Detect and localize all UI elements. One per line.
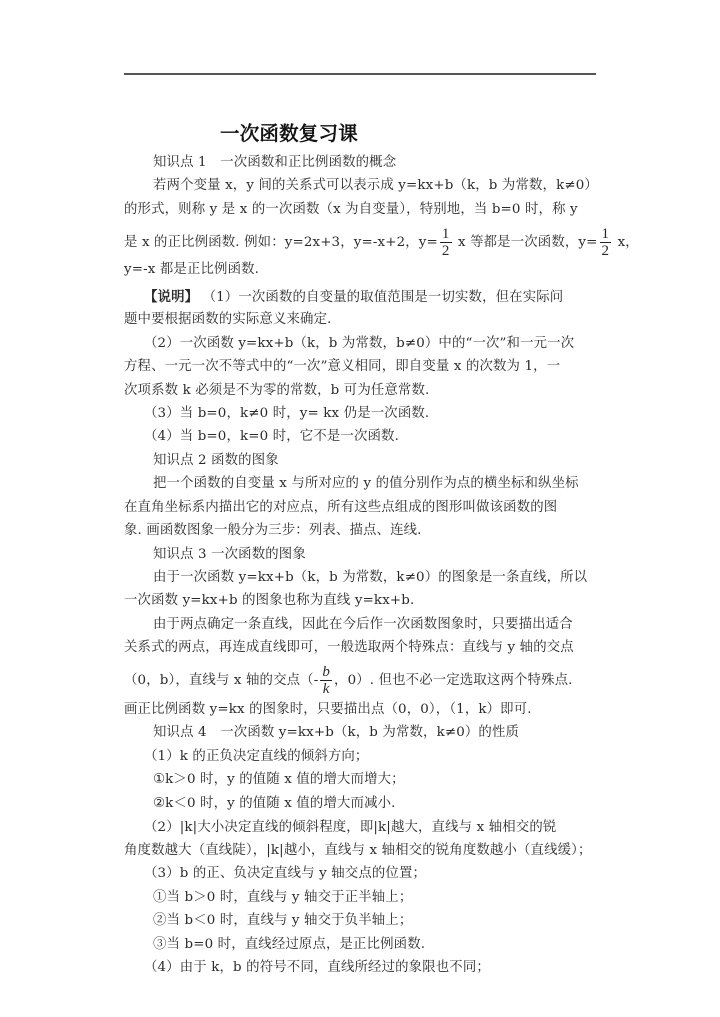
paragraph-line: （1）k 的正负决定直线的倾斜方向； — [144, 748, 596, 766]
list-item: ②当 b＜0 时，直线与 y 轴交于负半轴上； — [153, 912, 596, 930]
paragraph-line: （3）b 的正、负决定直线与 y 轴交点的位置； — [144, 865, 596, 883]
note-label: 【说明】 — [144, 289, 198, 305]
paragraph-line: （2）|k|大小决定直线的倾斜程度，即|k|越大，直线与 x 轴相交的锐 — [144, 819, 596, 837]
fraction-b-over-k: bk — [320, 664, 332, 697]
fraction-denominator: k — [320, 681, 332, 697]
paragraph-line-with-fraction: （0，b），直线与 x 轴的交点（-bk，0）. 但也不必一定选取这两个特殊点. — [124, 664, 596, 697]
paragraph-line: 一次函数 y=kx+b 的图象也称为直线 y=kx+b. — [124, 592, 596, 610]
fraction-numerator: 1 — [600, 226, 612, 243]
list-item: ②k＜0 时，y 的值随 x 值的增大而减小. — [153, 795, 596, 813]
paragraph-line: 的形式，则称 y 是 x 的一次函数（x 为自变量），特别地，当 b=0 时，称… — [124, 201, 596, 219]
note-line: 【说明】 （1）一次函数的自变量的取值范围是一切实数，但在实际问 — [144, 288, 596, 307]
paragraph-line: 把一个函数的自变量 x 与所对应的 y 的值分别作为点的横坐标和纵坐标 — [153, 475, 596, 493]
text-segment: 是 x 的正比例函数. 例如：y=2x+3，y=-x+2，y= — [124, 235, 438, 250]
section-heading-2: 知识点 2 函数的图象 — [153, 452, 596, 470]
fraction-one-half: 12 — [600, 226, 612, 259]
text-segment: （1）一次函数的自变量的取值范围是一切实数，但在实际问 — [203, 290, 564, 305]
fraction-denominator: 2 — [440, 243, 452, 259]
paragraph-line: 关系式的两点，再连成直线即可，一般选取两个特殊点：直线与 y 轴的交点 — [124, 639, 596, 657]
list-item: ③当 b=0 时，直线经过原点，是正比例函数. — [153, 936, 596, 954]
paragraph-line: 方程、一元一次不等式中的“一次”意义相同，即自变量 x 的次数为 1，一 — [124, 358, 596, 376]
fraction-one-half: 12 — [440, 226, 452, 259]
list-item: ①当 b＞0 时，直线与 y 轴交于正半轴上； — [153, 889, 596, 907]
paragraph-line: 题中要根据函数的实际意义来确定. — [124, 311, 596, 329]
text-segment: x， — [613, 235, 639, 250]
fraction-numerator: b — [320, 664, 332, 681]
paragraph-line: 次项系数 k 必须是不为零的常数，b 可为任意常数. — [124, 382, 596, 400]
header-rule — [124, 73, 596, 75]
paragraph-line: 由于一次函数 y=kx+b（k，b 为常数，k≠0）的图象是一条直线，所以 — [153, 569, 596, 587]
text-segment: （0，b），直线与 x 轴的交点（- — [124, 673, 318, 688]
paragraph-line: 在直角坐标系内描出它的对应点，所有这些点组成的图形叫做该函数的图 — [124, 499, 596, 517]
section-heading-1: 知识点 1 一次函数和正比例函数的概念 — [153, 154, 596, 172]
paragraph-line: 若两个变量 x，y 间的关系式可以表示成 y=kx+b（k，b 为常数，k≠0） — [153, 177, 596, 195]
paragraph-line: 象. 画函数图象一般分为三步：列表、描点、连线. — [124, 522, 596, 540]
section-heading-3: 知识点 3 一次函数的图象 — [153, 546, 596, 564]
paragraph-line: （3）当 b=0，k≠0 时，y= kx 仍是一次函数. — [144, 405, 596, 423]
fraction-numerator: 1 — [440, 226, 452, 243]
page-title: 一次函数复习课 — [220, 118, 358, 146]
paragraph-line-with-fractions: 是 x 的正比例函数. 例如：y=2x+3，y=-x+2，y=12 x 等都是一… — [124, 226, 596, 259]
paragraph-line: 由于两点确定一条直线，因此在今后作一次函数图象时，只要描出适合 — [153, 616, 596, 634]
paragraph-line: 画正比例函数 y=kx 的图象时，只要描出点（0，0），（1，k）即可. — [124, 701, 596, 719]
text-segment: x 等都是一次函数，y= — [454, 235, 598, 250]
paragraph-line: y=-x 都是正比例函数. — [124, 261, 596, 279]
paragraph-line: （2）一次函数 y=kx+b（k，b 为常数，b≠0）中的“一次”和一元一次 — [144, 335, 596, 353]
section-heading-4: 知识点 4 一次函数 y=kx+b（k，b 为常数，k≠0）的性质 — [153, 724, 596, 742]
paragraph-line: （4）由于 k，b 的符号不同，直线所经过的象限也不同； — [144, 959, 596, 977]
text-segment: ，0）. 但也不必一定选取这两个特殊点. — [334, 673, 573, 688]
list-item: ①k＞0 时，y 的值随 x 值的增大而增大； — [153, 771, 596, 789]
fraction-denominator: 2 — [600, 243, 612, 259]
paragraph-line: 角度数越大（直线陡），|k|越小，直线与 x 轴相交的锐角度数越小（直线缓）； — [124, 842, 596, 860]
paragraph-line: （4）当 b=0，k=0 时，它不是一次函数. — [144, 428, 596, 446]
